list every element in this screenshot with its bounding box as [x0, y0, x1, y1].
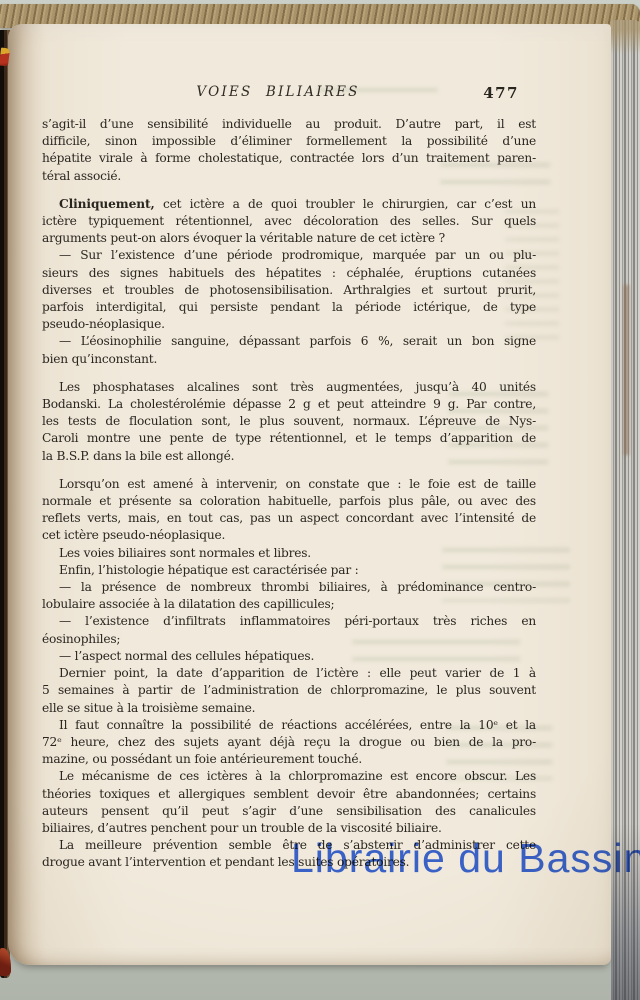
text-line: pseudo-néoplasique. [42, 316, 536, 333]
text-line: ictère typiquement rétentionnel, avec dé… [42, 213, 536, 230]
text-line: Les voies biliaires sont normales et lib… [42, 545, 536, 562]
text-line: Caroli montre une pente de type rétentio… [42, 430, 536, 447]
text-line: Il faut connaître la possibilité de réac… [42, 717, 536, 734]
text-line: — l’aspect normal des cellules hépatique… [42, 648, 536, 665]
page-text: s’agit-il d’une sensibilité individuelle… [42, 116, 536, 872]
text-line: — la présence de nombreux thrombi biliai… [42, 579, 536, 596]
text-line: hépatite virale à forme cholestatique, c… [42, 150, 536, 167]
text-line: Cliniquement, cet ictère a de quoi troub… [42, 196, 536, 213]
bold-lead-word: Cliniquement, [59, 197, 155, 211]
text-line: lobulaire associée à la dilatation des c… [42, 596, 536, 613]
paragraph: — Sur l’existence d’une période prodromi… [42, 247, 536, 333]
paragraph: — l’existence d’infiltrats inflammatoire… [42, 613, 536, 647]
text-line: s’agit-il d’une sensibilité individuelle… [42, 116, 536, 133]
text-line: éosinophiles; [42, 631, 536, 648]
paragraph: s’agit-il d’une sensibilité individuelle… [42, 116, 536, 185]
text-line: diverses et troubles de photosensibilisa… [42, 282, 536, 299]
text-line: 5 semaines à partir de l’administration … [42, 682, 536, 699]
text-line: Bodanski. La cholestérolémie dépasse 2 g… [42, 396, 536, 413]
text-line: — l’existence d’infiltrats inflammatoire… [42, 613, 536, 630]
text-line: difficile, sinon impossible d’éliminer f… [42, 133, 536, 150]
text-line: Les phosphatases alcalines sont très aug… [42, 379, 536, 396]
text-line: normale et présente sa coloration habitu… [42, 493, 536, 510]
running-title: VOIES BILIAIRES [31, 84, 525, 100]
book-page: VOIES BILIAIRES 477 s’agit-il d’une sens… [8, 24, 611, 965]
text-line: Dernier point, la date d’apparition de l… [42, 665, 536, 682]
text-line: parfois interdigital, qui persiste penda… [42, 299, 536, 316]
page-number: 477 [483, 84, 519, 102]
paragraph: Enfin, l’histologie hépatique est caract… [42, 562, 536, 579]
paragraph: — L’éosinophilie sanguine, dépassant par… [42, 333, 536, 367]
text-line: arguments peut-on alors évoquer la vérit… [42, 230, 536, 247]
text-line: cet ictère pseudo-néoplasique. [42, 527, 536, 544]
text-line: Lorsqu’on est amené à intervenir, on con… [42, 476, 536, 493]
paragraph: Les voies biliaires sont normales et lib… [42, 545, 536, 562]
text-line: les tests de floculation sont, le plus s… [42, 413, 536, 430]
text-line: reflets verts, mais, en tout cas, pas un… [42, 510, 536, 527]
watermark: Librairie du Bassin [291, 838, 640, 879]
text-line: Enfin, l’histologie hépatique est caract… [42, 562, 536, 579]
text-line: théories toxiques et allergiques semblen… [42, 786, 536, 803]
text-line: la B.S.P. dans la bile est allongé. [42, 448, 536, 465]
photo-backdrop: VOIES BILIAIRES 477 s’agit-il d’une sens… [0, 0, 640, 1000]
text-line: 72ᵉ heure, chez des sujets ayant déjà re… [42, 734, 536, 751]
text-line: bien qu’inconstant. [42, 351, 536, 368]
page-header: VOIES BILIAIRES 477 [42, 84, 536, 104]
text-line: — L’éosinophilie sanguine, dépassant par… [42, 333, 536, 350]
paragraph: Il faut connaître la possibilité de réac… [42, 717, 536, 769]
paragraph: Dernier point, la date d’apparition de l… [42, 665, 536, 717]
text-line: mazine, ou possédant un foie antérieurem… [42, 751, 536, 768]
paragraph: Cliniquement, cet ictère a de quoi troub… [42, 196, 536, 248]
text-line: elle se situe à la troisième semaine. [42, 700, 536, 717]
paragraph: Lorsqu’on est amené à intervenir, on con… [42, 476, 536, 545]
text-line: auteurs pensent qu’il peut s’agir d’une … [42, 803, 536, 820]
text-line: Le mécanisme de ces ictères à la chlorpr… [42, 768, 536, 785]
paragraph: — l’aspect normal des cellules hépatique… [42, 648, 536, 665]
text-line: — Sur l’existence d’une période prodromi… [42, 247, 536, 264]
paragraph: Le mécanisme de ces ictères à la chlorpr… [42, 768, 536, 837]
paragraph: Les phosphatases alcalines sont très aug… [42, 379, 536, 465]
paragraph: — la présence de nombreux thrombi biliai… [42, 579, 536, 613]
text-line: sieurs des signes habituels des hépatite… [42, 265, 536, 282]
text-line: téral associé. [42, 168, 536, 185]
